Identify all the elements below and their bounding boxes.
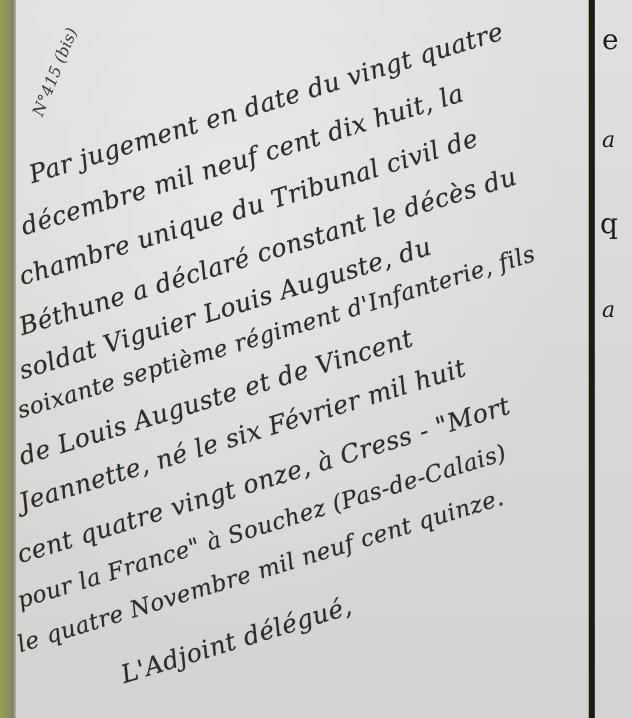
adjacent-printed-column: e a q a [596,0,632,718]
printed-fragment: q [600,210,618,238]
acte-number: N°415 (bis) [28,25,81,119]
column-divider-rule [589,0,594,718]
handwritten-annotation: N°415 (bis) Par jugement en date du ving… [16,0,586,718]
register-page: N°415 (bis) Par jugement en date du ving… [14,0,632,718]
printed-fragment: e [602,26,619,54]
printed-fragment: a [602,300,615,322]
printed-fragment: a [602,130,615,152]
